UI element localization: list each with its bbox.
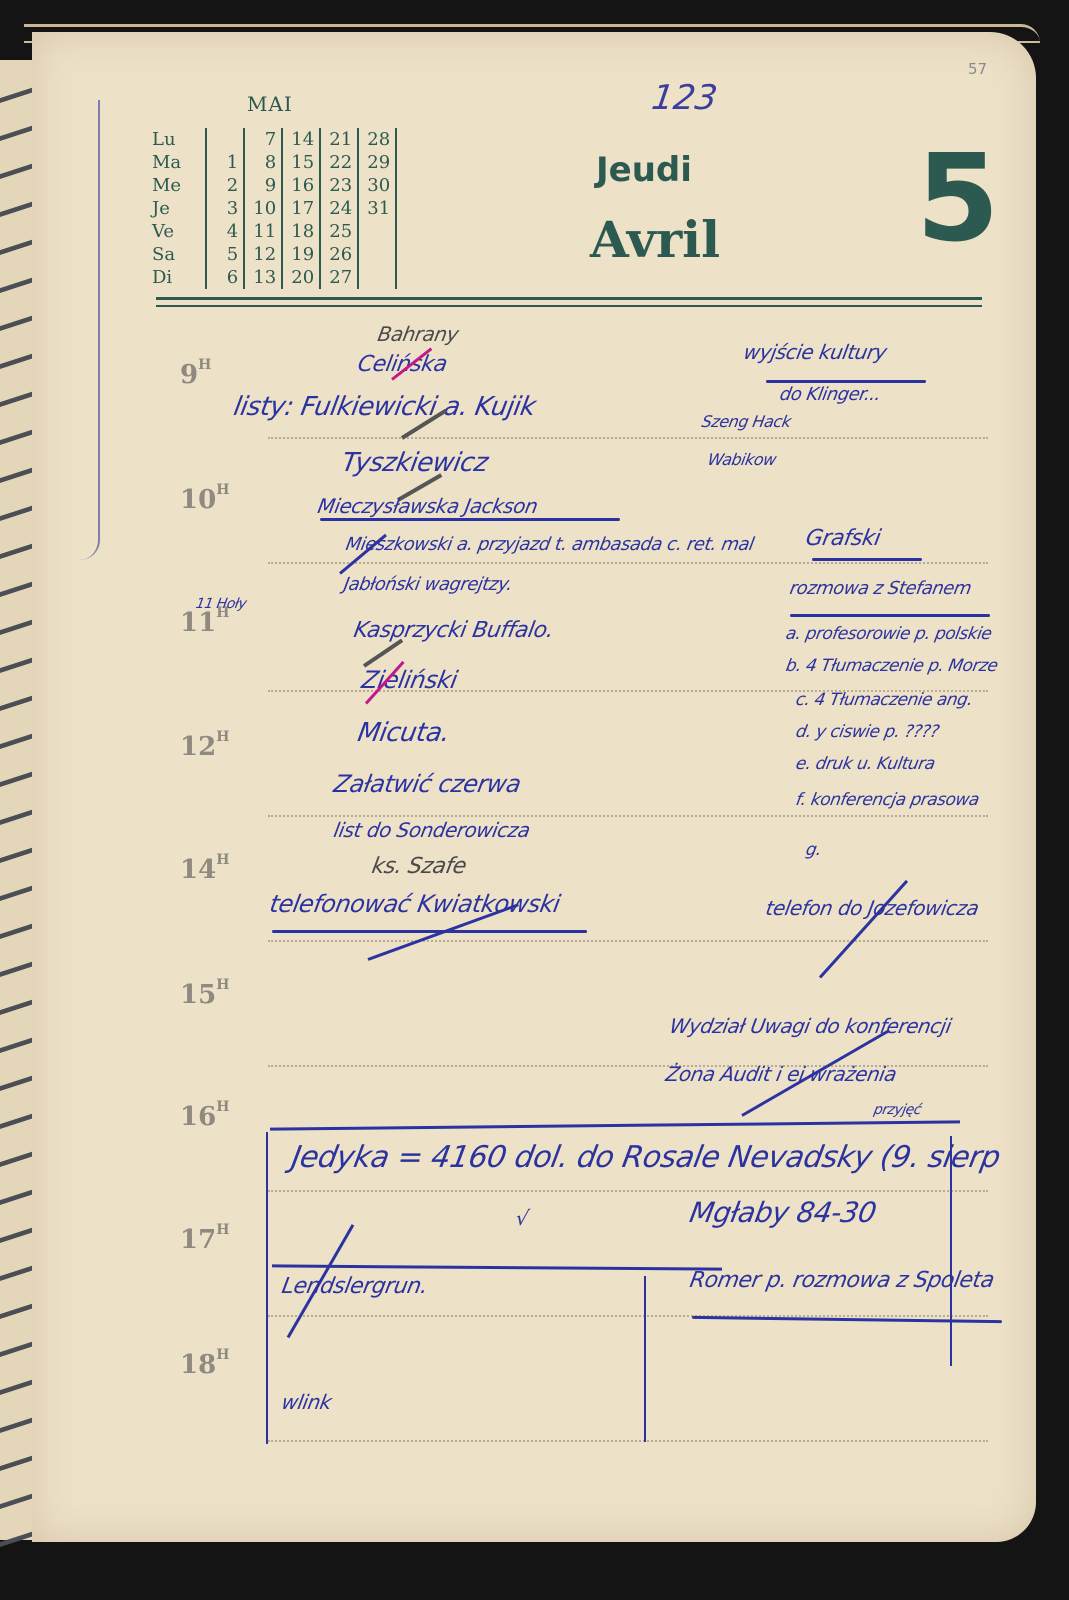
calendar-date: 26 <box>320 243 358 266</box>
calendar-date: 23 <box>320 174 358 197</box>
calendar-date: 27 <box>320 266 358 289</box>
hour-label-17: 17H <box>180 1225 229 1255</box>
weekday-abbrev: Je <box>152 197 206 220</box>
mini-calendar-row: Ve4111825 <box>152 220 396 243</box>
weekday-abbrev: Di <box>152 266 206 289</box>
handwritten-note: wyjście kultury <box>742 340 889 364</box>
folio-number: 57 <box>968 60 987 78</box>
weekday-heading: Jeudi <box>596 150 692 190</box>
dotted-line <box>268 815 988 817</box>
month-heading: Avril <box>590 210 720 269</box>
mini-calendar-month: MAI <box>247 92 293 116</box>
handwritten-note: a. profesorowie p. polskie <box>784 624 993 644</box>
underline <box>320 518 620 521</box>
calendar-date: 29 <box>358 151 396 174</box>
header-rule-bottom <box>156 305 982 307</box>
underline <box>790 614 990 617</box>
calendar-date: 24 <box>320 197 358 220</box>
handwritten-note: Mgłaby 84-30 <box>687 1196 879 1229</box>
hour-label-14: 14H <box>180 855 229 885</box>
calendar-date: 18 <box>282 220 320 243</box>
mini-calendar-row: Lu7142128 <box>152 128 396 151</box>
handwritten-note: listy: Fulkiewicki a. Kujik <box>231 392 537 422</box>
weekday-abbrev: Sa <box>152 243 206 266</box>
calendar-date: 12 <box>244 243 282 266</box>
handwritten-note: Szeng Hack <box>700 412 792 431</box>
calendar-date: 31 <box>358 197 396 220</box>
calendar-date <box>206 128 244 151</box>
mini-calendar-row: Je310172431 <box>152 197 396 220</box>
mini-calendar-grid: Lu7142128Ma18152229Me29162330Je310172431… <box>152 128 397 289</box>
calendar-date <box>358 266 396 289</box>
hour-label-10: 10H <box>180 485 229 515</box>
mini-calendar-row: Me29162330 <box>152 174 396 197</box>
handwritten-note: Bahrany <box>376 322 460 346</box>
handwritten-note: Żona Audit i ej wrażenia <box>664 1062 899 1086</box>
hour-label-12: 12H <box>180 732 229 762</box>
handwritten-note: przyjęć <box>873 1102 923 1118</box>
dotted-line <box>268 1315 988 1317</box>
dotted-line <box>268 562 988 564</box>
weekday-abbrev: Ve <box>152 220 206 243</box>
calendar-date: 22 <box>320 151 358 174</box>
weekday-abbrev: Ma <box>152 151 206 174</box>
handwritten-note: Kasprzycki Buffalo. <box>352 618 556 643</box>
hour-label-16: 16H <box>180 1102 229 1132</box>
handwritten-note: e. druk u. Kultura <box>794 754 936 774</box>
underline <box>766 380 926 383</box>
handwritten-note: list do Sonderowicza <box>332 818 532 842</box>
handwritten-note: do Klinger... <box>778 384 882 405</box>
handwritten-note: Mieczysławska Jackson <box>316 494 540 518</box>
handwritten-note: ks. Szafe <box>370 854 468 879</box>
handwritten-note: Tyszkiewicz <box>339 448 490 478</box>
mini-calendar-row: Ma18152229 <box>152 151 396 174</box>
handwritten-note: f. konferencja prasowa <box>794 790 980 810</box>
underline <box>812 558 922 561</box>
mini-calendar-row: Sa5121926 <box>152 243 396 266</box>
calendar-date <box>358 243 396 266</box>
weekday-abbrev: Lu <box>152 128 206 151</box>
handwritten-note: d. y ciswie p. ???? <box>794 722 940 742</box>
calendar-date: 16 <box>282 174 320 197</box>
calendar-date: 25 <box>320 220 358 243</box>
handwritten-note: rozmowa z Stefanem <box>788 578 973 599</box>
box-left-border <box>266 1132 268 1444</box>
calendar-date: 30 <box>358 174 396 197</box>
calendar-date: 17 <box>282 197 320 220</box>
calendar-date: 20 <box>282 266 320 289</box>
handwritten-note: Grafski <box>804 526 883 551</box>
calendar-date: 19 <box>282 243 320 266</box>
calendar-date: 21 <box>320 128 358 151</box>
handwritten-note: Micuta. <box>355 718 452 748</box>
underline <box>272 930 587 933</box>
calendar-date: 2 <box>206 174 244 197</box>
calendar-date: 1 <box>206 151 244 174</box>
calendar-date: 14 <box>282 128 320 151</box>
dotted-line <box>268 437 988 439</box>
hour-label-18: 18H <box>180 1350 229 1380</box>
calendar-date: 6 <box>206 266 244 289</box>
hour-label-11: 11H <box>180 608 229 638</box>
calendar-date: 28 <box>358 128 396 151</box>
handwritten-note: Mieszkowski a. przyjazd t. ambasada c. r… <box>344 534 755 555</box>
calendar-date: 4 <box>206 220 244 243</box>
header-rule-top <box>156 297 982 300</box>
box-divider-vertical <box>644 1276 646 1442</box>
dotted-line <box>268 940 988 942</box>
handwritten-note: Lendslergrun. <box>280 1274 430 1299</box>
handwritten-note: Romer p. rozmowa z Spoleta <box>688 1268 996 1293</box>
calendar-date <box>358 220 396 243</box>
handwritten-note: Wydział Uwagi do konferencji <box>668 1014 953 1038</box>
calendar-date: 5 <box>206 243 244 266</box>
calendar-date: 8 <box>244 151 282 174</box>
handwritten-note: Jabłoński wagrejtzy. <box>342 574 514 595</box>
handwritten-page-number: 123 <box>649 78 720 118</box>
dotted-line <box>268 1190 988 1192</box>
handwritten-margin-note: 11 Hoły <box>195 596 248 612</box>
pencil-margin-line <box>78 100 100 560</box>
calendar-date: 3 <box>206 197 244 220</box>
handwritten-note: Jedyka = 4160 dol. do Rosale Nevadsky (9… <box>289 1140 1003 1175</box>
handwritten-note: c. 4 Tłumaczenie ang. <box>794 690 974 710</box>
handwritten-note: wlink <box>280 1390 333 1414</box>
handwritten-note: Załatwić czerwa <box>332 770 523 798</box>
mini-calendar-row: Di6132027 <box>152 266 396 289</box>
hour-label-15: 15H <box>180 980 229 1010</box>
day-number: 5 <box>916 140 1000 260</box>
handwritten-note: b. 4 Tłumaczenie p. Morze <box>784 656 999 676</box>
dotted-line <box>268 1440 988 1442</box>
handwritten-note: Wabikow <box>706 450 777 469</box>
calendar-date: 10 <box>244 197 282 220</box>
calendar-date: 13 <box>244 266 282 289</box>
hour-label-9: 9H <box>180 360 211 390</box>
weekday-abbrev: Me <box>152 174 206 197</box>
calendar-date: 11 <box>244 220 282 243</box>
calendar-date: 7 <box>244 128 282 151</box>
calendar-date: 15 <box>282 151 320 174</box>
calendar-date: 9 <box>244 174 282 197</box>
